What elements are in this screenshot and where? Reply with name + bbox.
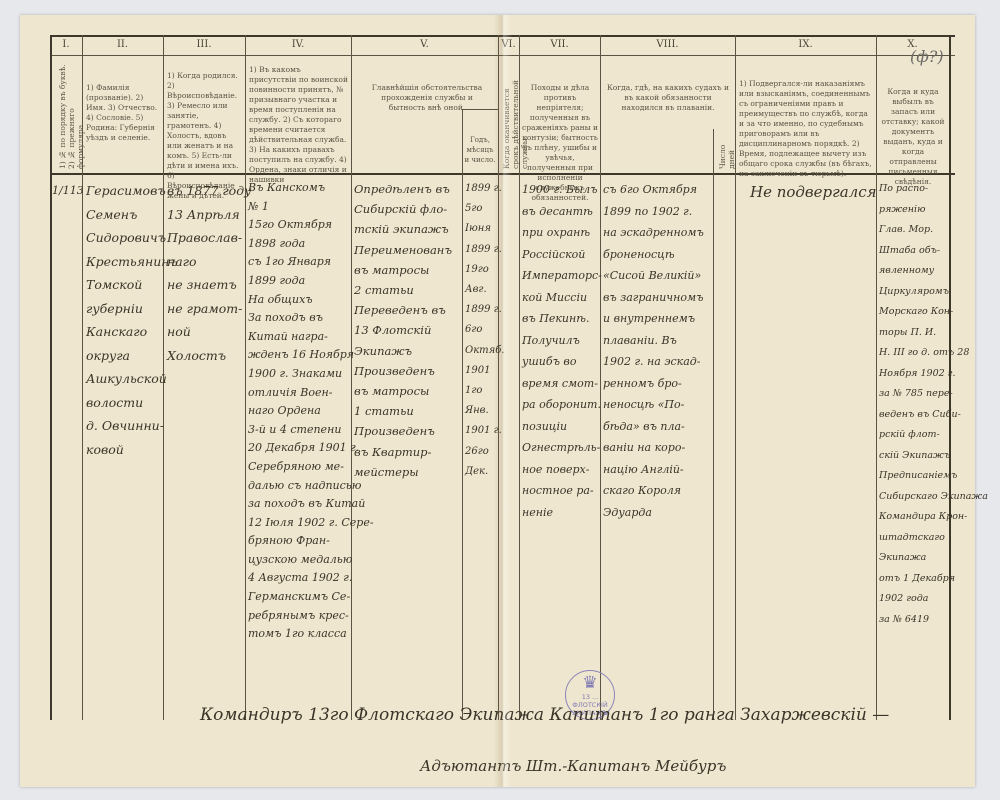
handwritten-line: волости xyxy=(86,391,178,415)
handwritten-line: ренномъ бро- xyxy=(603,373,704,395)
handwritten-line: націю Англій- xyxy=(603,459,704,481)
column-number-2: II. xyxy=(82,39,163,50)
handwritten-line: 1900 г. Былъ xyxy=(522,179,602,201)
document-sheet: I. II. III. IV. V. VI. VII. VIII. IX. X.… xyxy=(20,15,975,787)
handwritten-line: въ Пекинѣ. xyxy=(522,308,602,330)
handwritten-line: Янв. xyxy=(465,401,505,421)
handwritten-line: Сибирскій фло- xyxy=(354,199,452,219)
column-8-days-subheader: Число дней xyxy=(718,135,736,169)
entry-punishments: Не подвергался xyxy=(750,181,877,205)
handwritten-line: за походъ въ Китай xyxy=(248,495,374,514)
column-number-1: I. xyxy=(50,39,82,50)
handwritten-line: 2 статьи xyxy=(354,280,452,300)
handwritten-line: при охранѣ xyxy=(522,222,602,244)
col5-date-divider xyxy=(462,109,463,720)
handwritten-line: штадтскаго xyxy=(879,528,988,549)
table-left-border xyxy=(50,35,52,720)
handwritten-line: кой Миссіи xyxy=(522,287,602,309)
handwritten-line: Экипажа xyxy=(879,548,988,569)
column-number-4: IV. xyxy=(245,39,351,50)
handwritten-line: въ заграничномъ xyxy=(603,287,704,309)
handwritten-line: Октяб. xyxy=(465,341,505,361)
handwritten-line: 26го xyxy=(465,442,505,462)
handwritten-line: въ 1877 году xyxy=(167,179,251,203)
handwritten-line: бряною Фран- xyxy=(248,532,374,551)
handwritten-line: Герасимовъ xyxy=(86,179,178,203)
handwritten-line: позиціи xyxy=(522,416,602,438)
entry-name-origin: ГерасимовъСеменъСидоровичъКрестьянинъТом… xyxy=(86,179,178,461)
column-number-6: VI. xyxy=(498,39,519,50)
col-divider-9 xyxy=(876,35,877,720)
handwritten-line: губерніи xyxy=(86,297,178,321)
handwritten-line: на эскадренномъ xyxy=(603,222,704,244)
handwritten-line: Предписаніемъ xyxy=(879,466,988,487)
column-header-1: 1) № по порядку въ буквѣ. 2) № прежняго … xyxy=(58,61,85,169)
handwritten-line: 1 статьи xyxy=(354,401,452,421)
handwritten-line: Ашкульской xyxy=(86,367,178,391)
handwritten-line: 13 Флотскій xyxy=(354,320,452,340)
commander-signature-line: Командиръ 13го Флотскаго Экипажа Капитан… xyxy=(200,705,889,725)
col8-days-divider xyxy=(713,129,714,720)
handwritten-line: Произведенъ xyxy=(354,361,452,381)
handwritten-line: д. Овчинни- xyxy=(86,414,178,438)
handwritten-line: Экипажъ xyxy=(354,341,452,361)
handwritten-line: Холостъ xyxy=(167,344,251,368)
handwritten-line: 13 Апрѣля xyxy=(167,203,251,227)
handwritten-line: ваніи на коро- xyxy=(603,437,704,459)
entry-service-events: Опредѣленъ въСибирскій фло-тскій экипажъ… xyxy=(354,179,452,482)
handwritten-line: въ десантѣ xyxy=(522,201,602,223)
column-number-8: VIII. xyxy=(600,39,735,50)
handwritten-line: время смот- xyxy=(522,373,602,395)
handwritten-line: въ Квартир- xyxy=(354,442,452,462)
handwritten-line: Глав. Мор. xyxy=(879,220,988,241)
handwritten-line: 1899 г. xyxy=(465,240,505,260)
column-header-8: Когда, гдѣ, на какихъ судахъ и въ какой … xyxy=(606,83,730,113)
handwritten-line: Опредѣленъ въ xyxy=(354,179,452,199)
handwritten-line: округа xyxy=(86,344,178,368)
handwritten-line: Н. III го д. отъ 28 xyxy=(879,343,988,364)
handwritten-line: Переведенъ въ xyxy=(354,300,452,320)
handwritten-line: скаго Короля xyxy=(603,480,704,502)
handwritten-line: Дек. xyxy=(465,462,505,482)
handwritten-line: 1901 г. xyxy=(465,421,505,441)
handwritten-line: Произведенъ xyxy=(354,421,452,441)
handwritten-line: 4 Августа 1902 г. xyxy=(248,569,374,588)
handwritten-line: Германскимъ Се- xyxy=(248,588,374,607)
handwritten-line: 1902 г. на эскад- xyxy=(603,351,704,373)
handwritten-line: рскій флот- xyxy=(879,425,988,446)
entry-sea-voyages: съ 6го Октября1899 по 1902 г.на эскадрен… xyxy=(603,179,704,523)
handwritten-line: ряженію xyxy=(879,200,988,221)
handwritten-line: 1899 г. xyxy=(465,300,505,320)
entry-birth-religion: въ 1877 году13 АпрѣляПравослав-нагоне зн… xyxy=(167,179,251,367)
column-5-date-subheader: Годъ, мѣсяцъ и число. xyxy=(464,135,496,165)
handwritten-line: Штаба объ- xyxy=(879,241,988,262)
column-number-3: III. xyxy=(163,39,245,50)
column-number-divider xyxy=(50,55,955,56)
handwritten-line: ра оборонит. xyxy=(522,394,602,416)
service-record-table: I. II. III. IV. V. VI. VII. VIII. IX. X.… xyxy=(50,35,955,720)
col-divider-3 xyxy=(245,35,246,720)
handwritten-line: наго xyxy=(167,250,251,274)
handwritten-line: неніе xyxy=(522,502,602,524)
handwritten-line: ушибъ во xyxy=(522,351,602,373)
handwritten-line: цузскою медалью xyxy=(248,551,374,570)
double-headed-eagle-icon: ♛ xyxy=(566,673,614,693)
handwritten-line: Сидоровичъ xyxy=(86,226,178,250)
handwritten-line: за № 785 пере- xyxy=(879,384,988,405)
handwritten-line: томъ 1го класса xyxy=(248,625,374,644)
handwritten-line: 12 Іюля 1902 г. Сере- xyxy=(248,514,374,533)
handwritten-line: Эдуарда xyxy=(603,502,704,524)
handwritten-line: отъ 1 Декабря xyxy=(879,569,988,590)
handwritten-line: бѣда» въ пла- xyxy=(603,416,704,438)
handwritten-line: Императорс- xyxy=(522,265,602,287)
handwritten-line: торы П. И. xyxy=(879,323,988,344)
handwritten-line: за № 6419 xyxy=(879,610,988,631)
handwritten-line: Получилъ xyxy=(522,330,602,352)
handwritten-line: Россійской xyxy=(522,244,602,266)
handwritten-line: ребрянымъ крес- xyxy=(248,607,374,626)
adjutant-signature-line: Адъютантъ Шт.-Капитанъ Мейбуръ xyxy=(420,757,726,775)
handwritten-line: ковой xyxy=(86,438,178,462)
handwritten-line: съ 6го Октября xyxy=(603,179,704,201)
handwritten-line: ной xyxy=(167,320,251,344)
handwritten-line: «Сисой Великій» xyxy=(603,265,704,287)
handwritten-line: 5го xyxy=(465,199,505,219)
handwritten-line: Командира Крон- xyxy=(879,507,988,528)
handwritten-line: Не подвергался xyxy=(750,181,877,205)
handwritten-line: 1902 года xyxy=(879,589,988,610)
handwritten-line: Крестьянинъ xyxy=(86,250,178,274)
column-number-7: VII. xyxy=(519,39,600,50)
handwritten-line: ностное ра- xyxy=(522,480,602,502)
handwritten-line: неносцѣ «По- xyxy=(603,394,704,416)
handwritten-line: въ матросы xyxy=(354,260,452,280)
column-number-9: IX. xyxy=(735,39,876,50)
table-top-border xyxy=(50,35,955,37)
handwritten-line: По распо- xyxy=(879,179,988,200)
handwritten-line: ное поверх- xyxy=(522,459,602,481)
handwritten-line: 6го xyxy=(465,320,505,340)
handwritten-line: веденъ въ Сиби- xyxy=(879,405,988,426)
column-number-5: V. xyxy=(351,39,498,50)
entry-campaigns-wounds: 1900 г. Былъвъ десантѣпри охранѣРоссійск… xyxy=(522,179,602,523)
entry-service-dates: 1899 г.5гоІюня1899 г.19гоАвг.1899 г.6гоО… xyxy=(465,179,505,482)
col-divider-5 xyxy=(498,35,499,720)
handwritten-line: 19го xyxy=(465,260,505,280)
handwritten-line: Томской xyxy=(86,273,178,297)
handwritten-line: 1го xyxy=(465,381,505,401)
handwritten-line: въ матросы xyxy=(354,381,452,401)
handwritten-line: Морскаго Кон- xyxy=(879,302,988,323)
column-header-4: 1) Въ какомъ присутствіи по воинской пов… xyxy=(249,65,349,185)
handwritten-line: Сибирскаго Экипажа xyxy=(879,487,988,508)
handwritten-line: и внутреннемъ xyxy=(603,308,704,330)
handwritten-line: 1899 по 1902 г. xyxy=(603,201,704,223)
column-header-2: 1) Фамилія (прозваніе). 2) Имя. 3) Отчес… xyxy=(86,83,160,143)
handwritten-line: плаваніи. Въ xyxy=(603,330,704,352)
handwritten-line: 1901 xyxy=(465,361,505,381)
entry-number: 1/113 xyxy=(52,179,84,203)
handwritten-line: скій Экипажъ xyxy=(879,446,988,467)
handwritten-line: не грамот- xyxy=(167,297,251,321)
handwritten-line: не знаетъ xyxy=(167,273,251,297)
handwritten-line: Канскаго xyxy=(86,320,178,344)
handwritten-line: Православ- xyxy=(167,226,251,250)
handwritten-line: Семенъ xyxy=(86,203,178,227)
handwritten-line: Іюня xyxy=(465,219,505,239)
column-header-9: 1) Подвергался-ли наказаніямъ или взыска… xyxy=(739,79,874,179)
handwritten-line: Ноября 1902 г. xyxy=(879,364,988,385)
column-header-10: Когда и куда выбылъ въ запасъ или отстав… xyxy=(879,87,947,187)
handwritten-line: мейстеры xyxy=(354,462,452,482)
handwritten-line: броненосцѣ xyxy=(603,244,704,266)
handwritten-line: 1/113 xyxy=(52,179,84,203)
handwritten-line: Авг. xyxy=(465,280,505,300)
handwritten-line: Циркуляромъ xyxy=(879,282,988,303)
column-header-5: Главнѣйшія обстоятельства прохожденія сл… xyxy=(362,83,492,113)
pencil-annotation: (ф?) xyxy=(910,47,944,66)
handwritten-line: 1899 г. xyxy=(465,179,505,199)
handwritten-line: тскій экипажъ xyxy=(354,219,452,239)
handwritten-line: Огнестрѣль- xyxy=(522,437,602,459)
handwritten-line: явленному xyxy=(879,261,988,282)
handwritten-line: Переименованъ xyxy=(354,240,452,260)
entry-discharge: По распо-ряженіюГлав. Мор.Штаба объ-явле… xyxy=(879,179,988,630)
